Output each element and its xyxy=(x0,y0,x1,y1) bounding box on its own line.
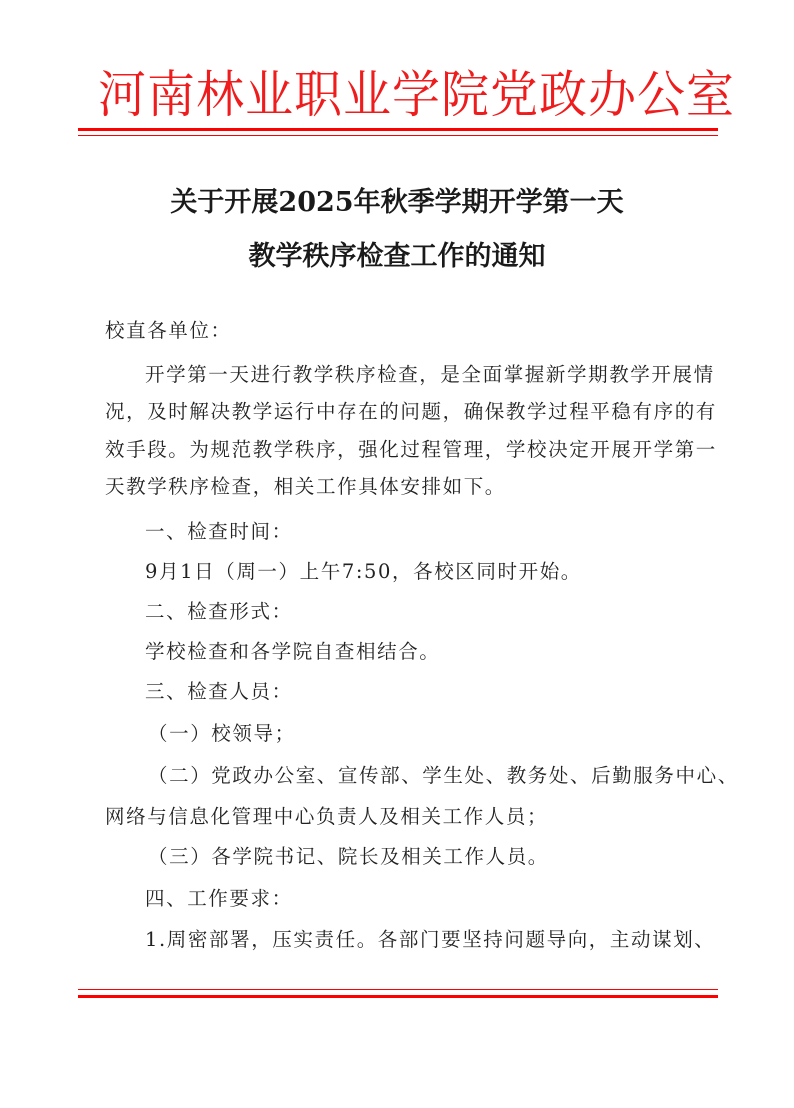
footer-rule-thick xyxy=(78,995,718,998)
section-3-item-3: （三）各学院书记、院长及相关工作人员。 xyxy=(148,845,748,869)
footer-rule-thin xyxy=(78,989,718,990)
body-line: 况，及时解决教学运行中存在的问题，确保教学过程平稳有序的有 xyxy=(105,400,705,424)
document-title-line-2: 教学秩序检查工作的通知 xyxy=(0,234,794,273)
section-3-heading: 三、检查人员： xyxy=(145,680,745,704)
section-4-item-1: 1.周密部署，压实责任。各部门要坚持问题导向，主动谋划、 xyxy=(145,928,745,952)
header-rule-thick xyxy=(78,128,718,131)
org-letterhead-title: 河南林业职业学院党政办公室 xyxy=(98,62,698,127)
header-rule-thin xyxy=(78,135,718,136)
body-line: 天教学秩序检查，相关工作具体安排如下。 xyxy=(105,475,705,499)
section-4-heading: 四、工作要求： xyxy=(145,887,745,911)
section-3-item-2-line-1: （二）党政办公室、宣传部、学生处、教务处、后勤服务中心、 xyxy=(148,764,748,788)
document-title-line-1: 关于开展2025年秋季学期开学第一天 xyxy=(0,180,794,219)
section-3-item-1: （一）校领导； xyxy=(148,722,748,746)
section-3-item-2-line-2: 网络与信息化管理中心负责人及相关工作人员； xyxy=(105,805,705,829)
salutation: 校直各单位： xyxy=(105,319,705,343)
section-2-heading: 二、检查形式： xyxy=(145,600,745,624)
document-page: 河南林业职业学院党政办公室 关于开展2025年秋季学期开学第一天 教学秩序检查工… xyxy=(0,0,794,1108)
section-1-text: 9月1日（周一）上午7:50，各校区同时开始。 xyxy=(145,560,745,584)
section-1-heading: 一、检查时间： xyxy=(145,520,745,544)
section-2-text: 学校检查和各学院自查相结合。 xyxy=(145,640,745,664)
body-line: 效手段。为规范教学秩序，强化过程管理，学校决定开展开学第一 xyxy=(105,438,705,462)
body-line: 开学第一天进行教学秩序检查，是全面掌握新学期教学开展情 xyxy=(145,363,745,387)
